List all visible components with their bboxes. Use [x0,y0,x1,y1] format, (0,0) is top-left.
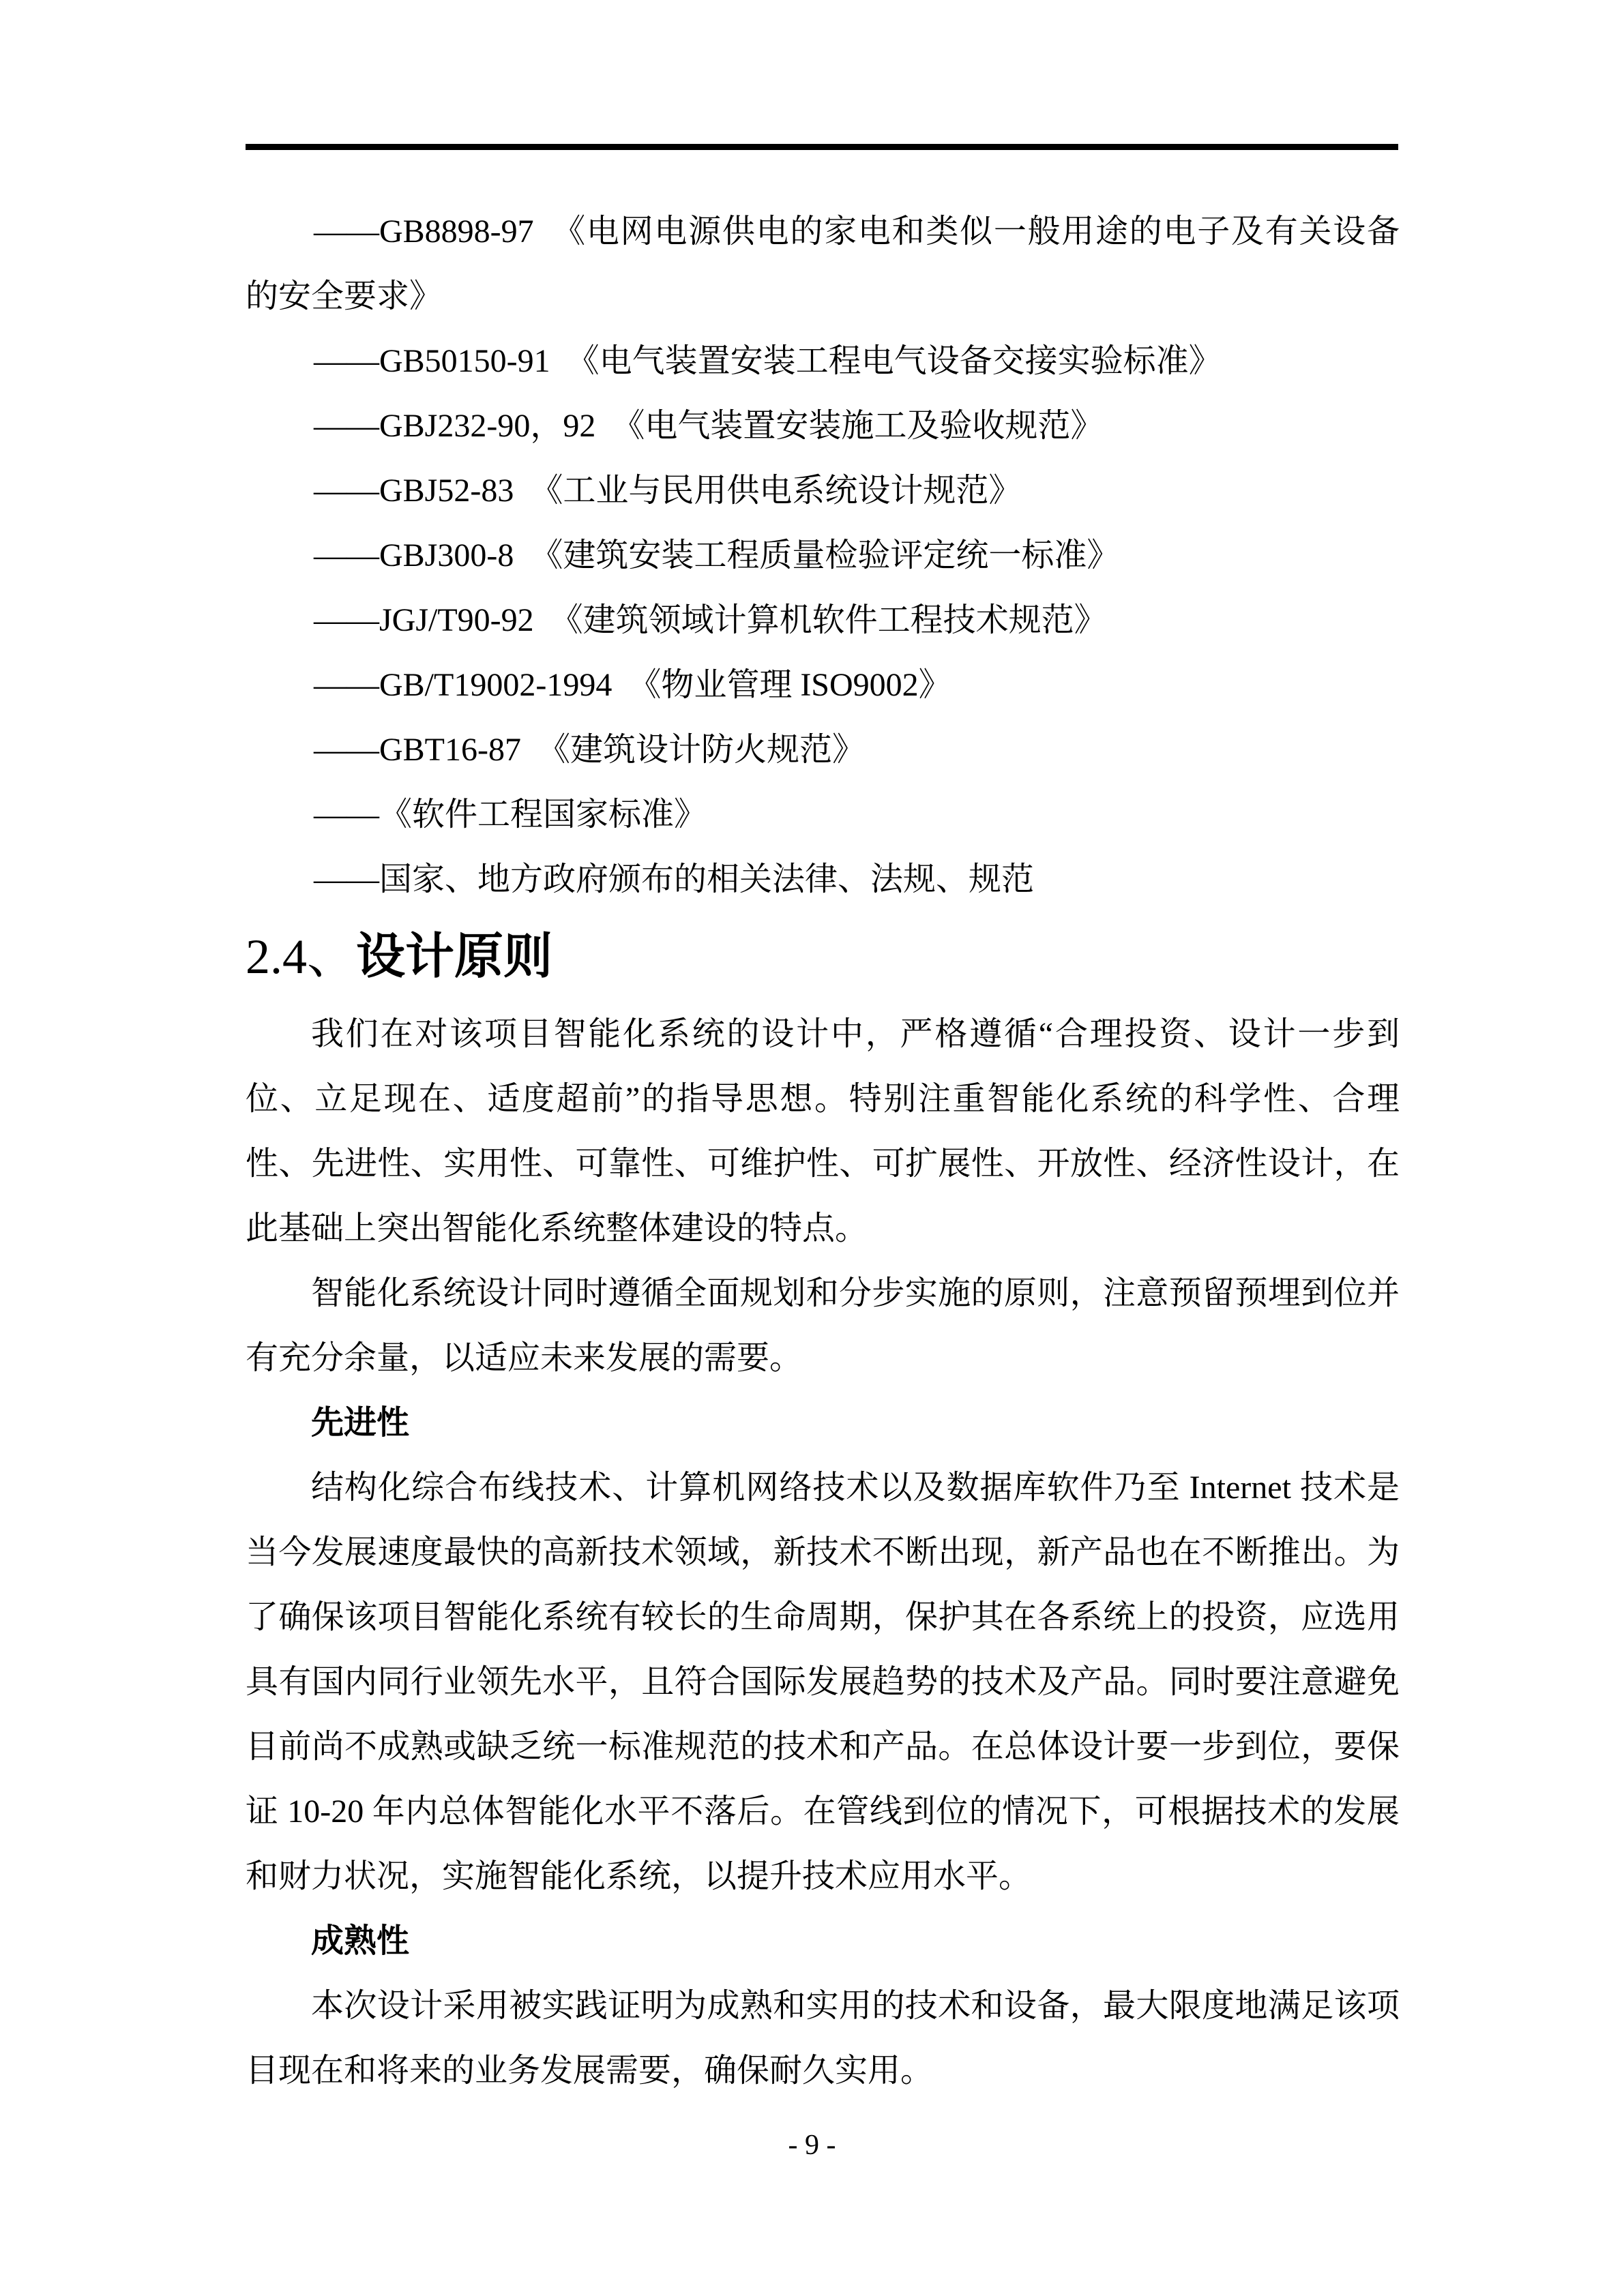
page-number: - 9 - [0,2124,1624,2166]
subheading-maturity: 成熟性 [246,1909,1400,1973]
standard-item: ——GBT16-87 《建筑设计防火规范》 [246,717,1400,782]
document-body: ——GB8898-97 《电网电源供电的家电和类似一般用途的电子及有关设备的安全… [246,199,1400,2103]
section-heading-title: 设计原则 [356,929,552,984]
paragraph-design-principle-1: 我们在对该项目智能化系统的设计中，严格遵循“合理投资、设计一步到位、立足现在、适… [246,1002,1400,1261]
standards-list: ——GB8898-97 《电网电源供电的家电和类似一般用途的电子及有关设备的安全… [246,199,1400,912]
standard-item: ——JGJ/T90-92 《建筑领域计算机软件工程技术规范》 [246,588,1400,653]
standard-item: ——GB50150-91 《电气装置安装工程电气设备交接实验标准》 [246,329,1400,393]
standard-item: ——《软件工程国家标准》 [246,782,1400,847]
standard-item: ——GBJ300-8 《建筑安装工程质量检验评定统一标准》 [246,523,1400,588]
paragraph-maturity: 本次设计采用被实践证明为成熟和实用的技术和设备，最大限度地满足该项目现在和将来的… [246,1973,1400,2103]
standard-item: ——GB8898-97 《电网电源供电的家电和类似一般用途的电子及有关设备的安全… [246,199,1400,329]
standard-item: ——GB/T19002-1994 《物业管理 ISO9002》 [246,653,1400,717]
section-heading: 2.4、设计原则 [246,912,1400,1002]
standard-item: ——GBJ232-90，92 《电气装置安装施工及验收规范》 [246,393,1400,458]
document-page: ——GB8898-97 《电网电源供电的家电和类似一般用途的电子及有关设备的安全… [0,0,1624,2296]
section-heading-number: 2.4、 [246,929,356,984]
subheading-advancement: 先进性 [246,1390,1400,1455]
header-rule [246,144,1398,150]
paragraph-advancement: 结构化综合布线技术、计算机网络技术以及数据库软件乃至 Internet 技术是当… [246,1455,1400,1909]
paragraph-design-principle-2: 智能化系统设计同时遵循全面规划和分步实施的原则，注意预留预埋到位并有充分余量，以… [246,1261,1400,1390]
standard-item: ——国家、地方政府颁布的相关法律、法规、规范 [246,847,1400,912]
standard-item: ——GBJ52-83 《工业与民用供电系统设计规范》 [246,458,1400,523]
